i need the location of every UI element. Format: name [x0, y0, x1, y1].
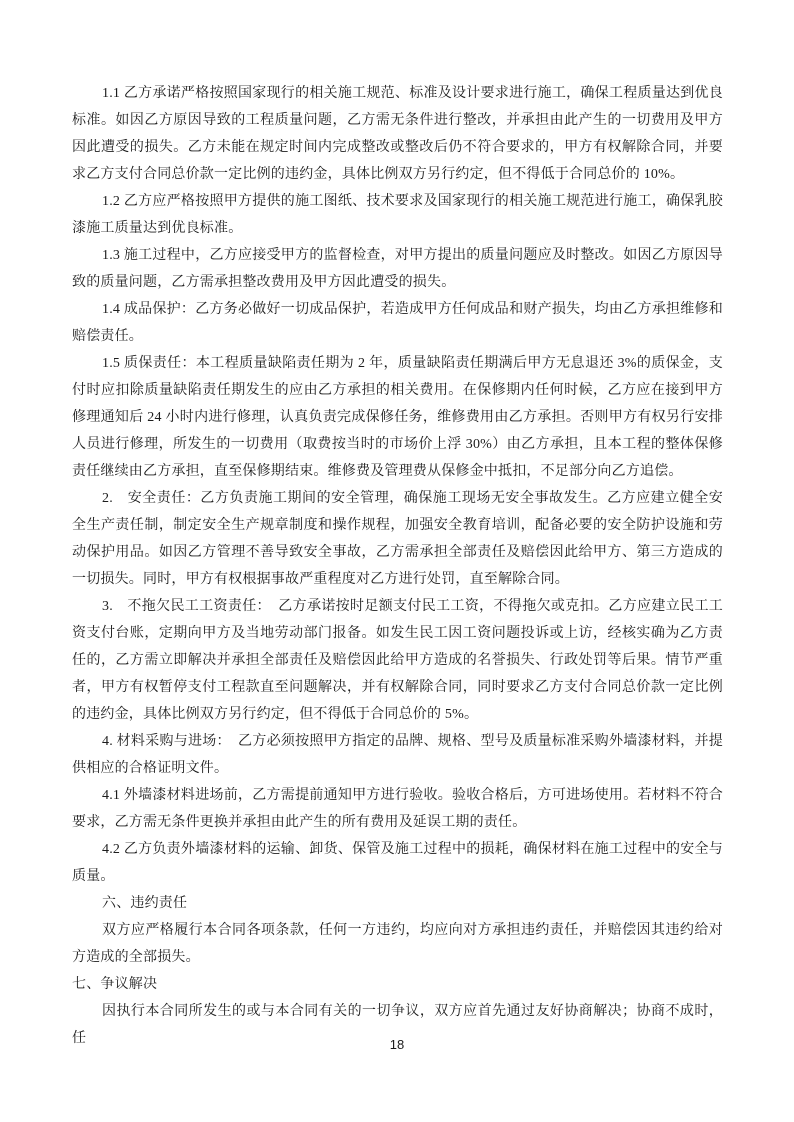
- contract-body: 1.1 乙方承诺严格按照国家现行的相关施工规范、标准及设计要求进行施工，确保工程…: [72, 80, 723, 1052]
- section-6-body: 双方应严格履行本合同各项条款，任何一方违约，均应向对方承担违约责任，并赔偿因其违…: [72, 917, 723, 971]
- clause-1-1: 1.1 乙方承诺严格按照国家现行的相关施工规范、标准及设计要求进行施工，确保工程…: [72, 80, 723, 188]
- clause-4-materials: 4. 材料采购与进场： 乙方必须按照甲方指定的品牌、规格、型号及质量标准采购外墙…: [72, 728, 723, 782]
- clause-1-3: 1.3 施工过程中，乙方应接受甲方的监督检查，对甲方提出的质量问题应及时整改。如…: [72, 242, 723, 296]
- page-number: 18: [390, 1037, 404, 1052]
- section-6-heading: 六、违约责任: [72, 890, 723, 917]
- clause-3-wages: 3. 不拖欠民工工资责任： 乙方承诺按时足额支付民工工资，不得拖欠或克扣。乙方应…: [72, 593, 723, 728]
- clause-1-2: 1.2 乙方应严格按照甲方提供的施工图纸、技术要求及国家现行的相关施工规范进行施…: [72, 188, 723, 242]
- clause-2-safety: 2. 安全责任：乙方负责施工期间的安全管理，确保施工现场无安全事故发生。乙方应建…: [72, 485, 723, 593]
- section-7-heading: 七、争议解决: [72, 971, 723, 998]
- clause-1-4: 1.4 成品保护：乙方务必做好一切成品保护，若造成甲方任何成品和财产损失，均由乙…: [72, 296, 723, 350]
- clause-1-5: 1.5 质保责任：本工程质量缺陷责任期为 2 年，质量缺陷责任期满后甲方无息退还…: [72, 350, 723, 485]
- document-page: 1.1 乙方承诺严格按照国家现行的相关施工规范、标准及设计要求进行施工，确保工程…: [0, 0, 794, 1122]
- clause-4-2: 4.2 乙方负责外墙漆材料的运输、卸货、保管及施工过程中的损耗，确保材料在施工过…: [72, 836, 723, 890]
- clause-4-1: 4.1 外墙漆材料进场前，乙方需提前通知甲方进行验收。验收合格后，方可进场使用。…: [72, 782, 723, 836]
- page-footer: 18: [0, 1036, 794, 1054]
